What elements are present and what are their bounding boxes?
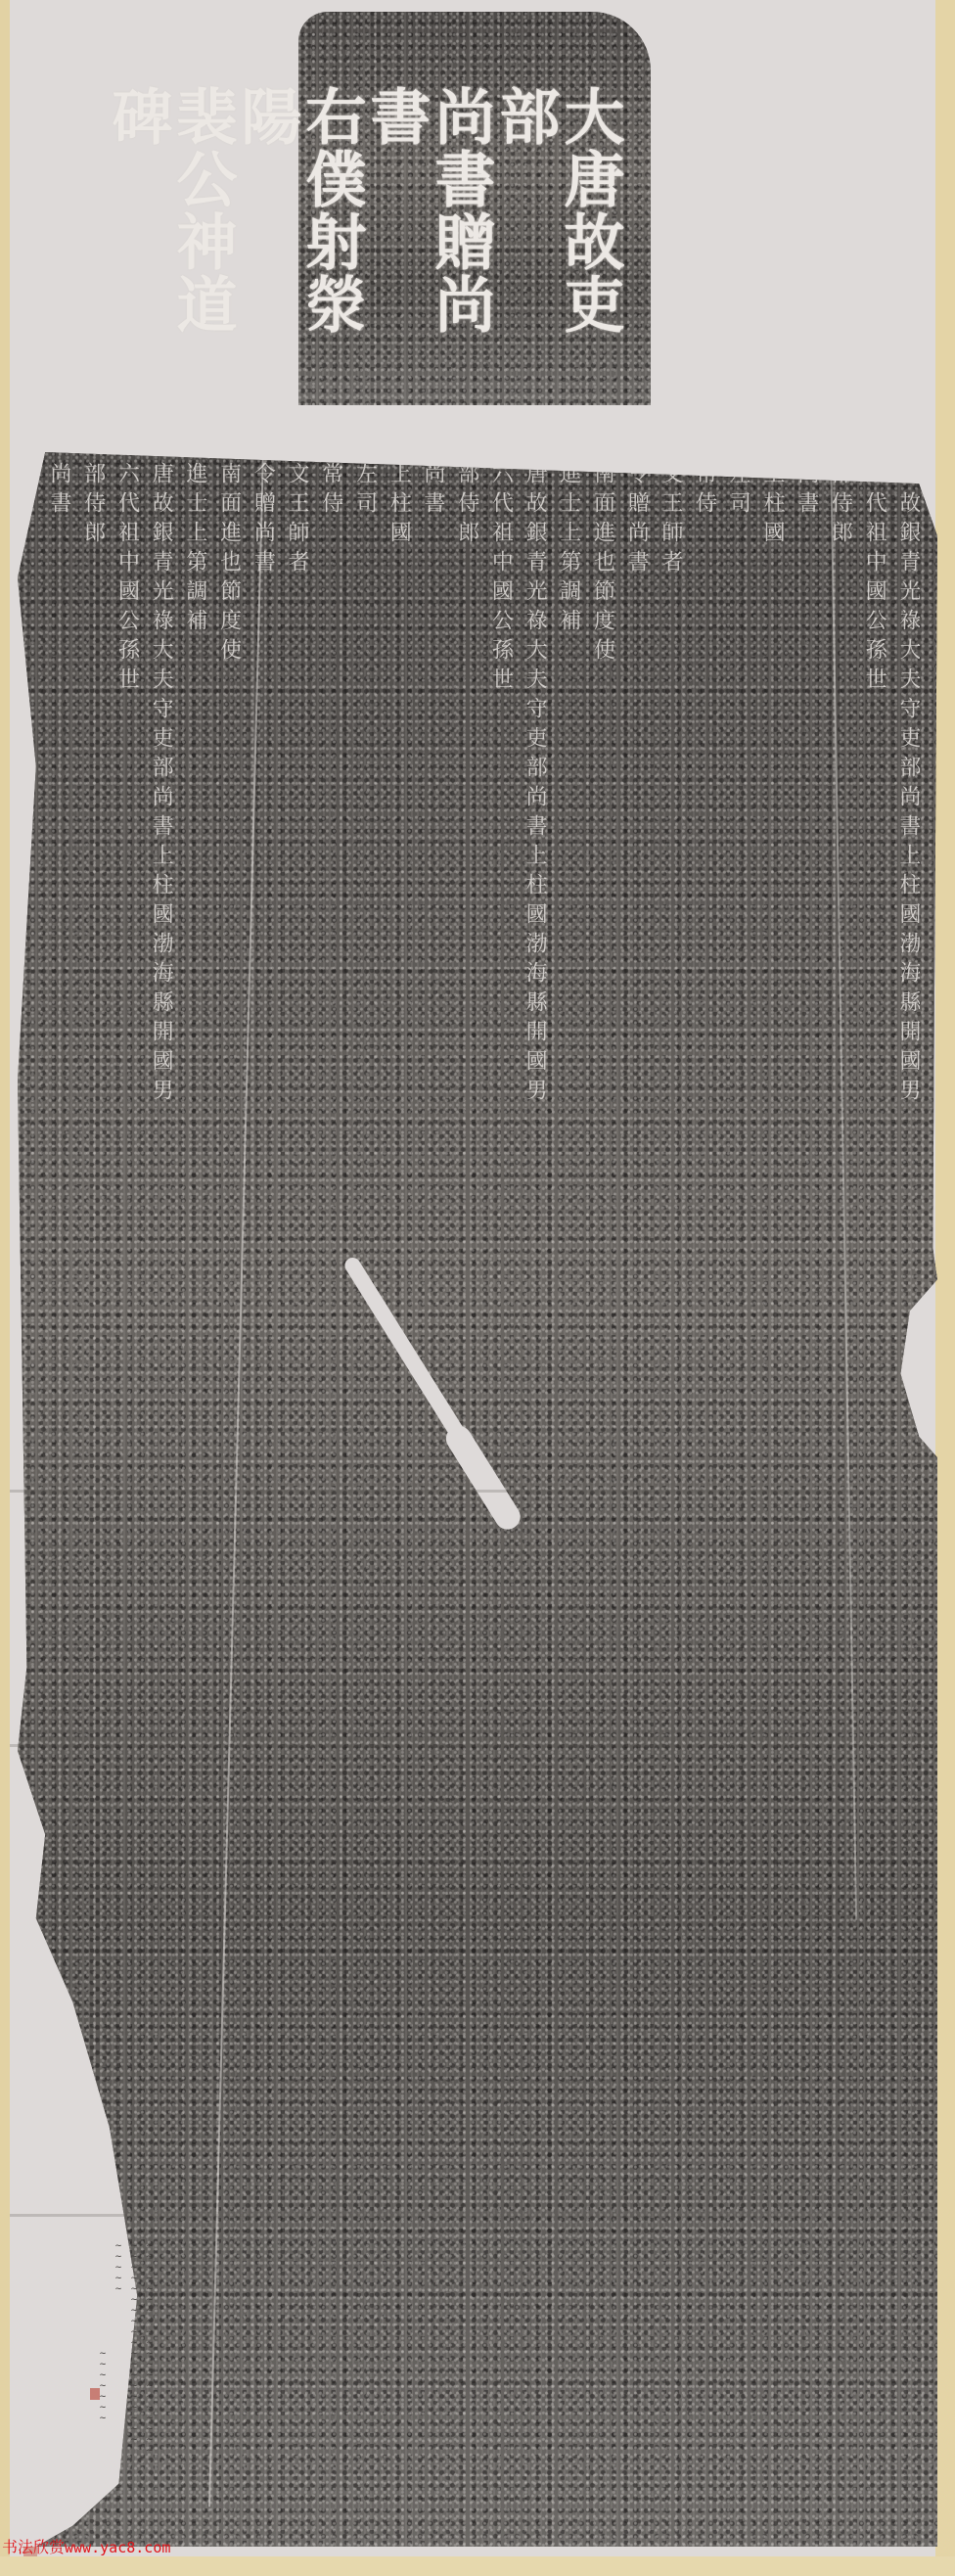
- body-column: 上柱國: [760, 462, 784, 2533]
- colophon-inscription: ~~~~~~~~~~~~~~~~~~~~ ~~~~~~~~~~~~~~~~~~~…: [67, 2241, 155, 2476]
- body-column: 進士上第調補: [557, 462, 580, 2533]
- body-column: 唐故銀青光祿大夫守吏部尚書上柱國渤海縣開國男: [896, 462, 920, 2533]
- body-column: 進士上第調補: [183, 462, 206, 2533]
- body-column: 唐故銀青光祿大夫守吏部尚書上柱國渤海縣開國男: [523, 462, 546, 2533]
- body-column: 上柱國: [387, 462, 410, 2533]
- body-column: 尚書: [795, 462, 818, 2533]
- head-column: 裴公神道碑: [105, 85, 234, 395]
- body-column: 文王師者: [285, 462, 308, 2533]
- body-column: 部侍郎: [455, 462, 478, 2533]
- body-column: 左司: [726, 462, 750, 2533]
- fold-line: [10, 1490, 935, 1493]
- stele-head-title: 大唐故吏部 尚書贈尚書 右僕射滎陽 裴公神道碑: [338, 85, 621, 395]
- stele-head: 大唐故吏部 尚書贈尚書 右僕射滎陽 裴公神道碑: [298, 12, 651, 405]
- mount-left-border: [0, 0, 10, 2576]
- body-column: 尚書: [421, 462, 444, 2533]
- site-watermark: 书法欣赏www.yac8.com: [2, 2535, 170, 2557]
- fold-line: [10, 1744, 935, 1747]
- colophon-column: ~~~~~~~: [97, 2349, 108, 2476]
- colophon-column: ~~~~~: [113, 2241, 123, 2476]
- body-column: 常侍: [693, 462, 716, 2533]
- head-column: 尚書贈尚書: [363, 85, 492, 395]
- mount-bottom-border: [0, 2556, 955, 2576]
- body-column: 唐故銀青光祿大夫守吏部尚書上柱國渤海縣開國男: [149, 462, 172, 2533]
- red-seal-stamp: [90, 2388, 100, 2400]
- body-column: 令贈尚書: [624, 462, 648, 2533]
- colophon-column: ~~~~~~~~~~~~~~~~~~~~: [144, 2241, 155, 2476]
- body-column: 文王師者: [659, 462, 682, 2533]
- colophon-column: ~~~~~~~~~~~~~~~~~~~: [128, 2241, 139, 2476]
- body-column: 常侍: [319, 462, 342, 2533]
- body-column: 南面進也節度使: [591, 462, 614, 2533]
- stele-body: 唐故銀青光祿大夫守吏部尚書上柱國渤海縣開國男 六代祖中國公孫世 部侍郎 尚書 上…: [18, 452, 937, 2547]
- body-column: 左司: [352, 462, 376, 2533]
- head-column: 大唐故吏部: [492, 85, 621, 395]
- watermark-url: www.yac8.com: [65, 2539, 170, 2556]
- mount-right-border: [935, 0, 955, 2576]
- body-column: 六代祖中國公孫世: [862, 462, 886, 2533]
- watermark-chinese: 书法欣赏: [2, 2538, 65, 2556]
- fold-line: [10, 2214, 935, 2217]
- head-column: 右僕射滎陽: [234, 85, 363, 395]
